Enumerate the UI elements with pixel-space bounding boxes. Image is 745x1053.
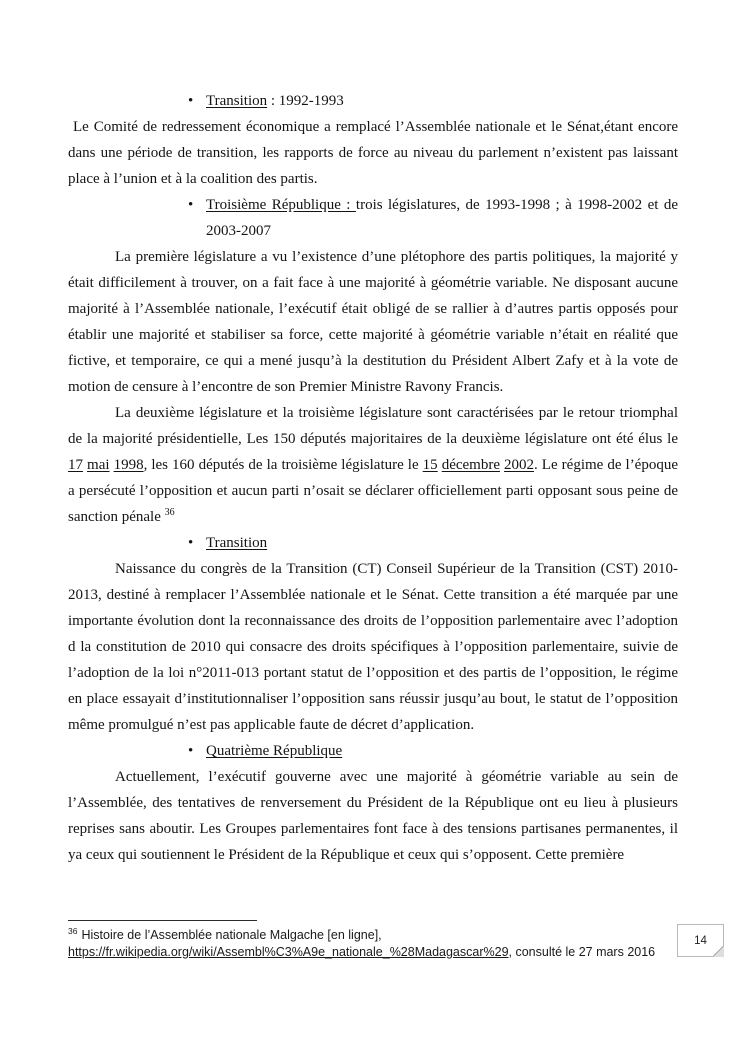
underlined-date: 17 — [68, 457, 83, 473]
bullet-lead-underlined: Troisième République : — [206, 197, 356, 213]
bullet-icon: • — [188, 738, 193, 764]
paragraph-deuxieme-troisieme-legislature: La deuxième législature et la troisième … — [68, 400, 678, 530]
bullet-item-transition: •Transition — [186, 530, 678, 556]
underlined-date: 2002 — [504, 457, 534, 473]
underlined-date: 15 — [423, 457, 438, 473]
bullet-rest: : 1992-1993 — [267, 93, 344, 109]
footnote: 36Histoire de l’Assemblée nationale Malg… — [68, 920, 680, 961]
footnote-reference-36: 36 — [165, 507, 175, 518]
bullet-item-transition-1992: •Transition : 1992-1993 — [186, 88, 678, 114]
text-run: La deuxième législature et la troisième … — [68, 405, 678, 447]
underlined-date: mai — [87, 457, 110, 473]
bullet-lead-underlined: Transition — [206, 535, 267, 551]
bullet-lead-underlined: Quatrième République — [206, 743, 342, 759]
footnote-link[interactable]: https://fr.wikipedia.org/wiki/Assembl%C3… — [68, 945, 509, 959]
page-number-box: 14 — [677, 924, 724, 957]
footnote-line-1: 36Histoire de l’Assemblée nationale Malg… — [68, 927, 680, 944]
paragraph-actuellement: Actuellement, l’exécutif gouverne avec u… — [68, 764, 678, 868]
footnote-suffix: , consulté le 27 mars 2016 — [509, 945, 656, 959]
bullet-item-quatrieme-republique: •Quatrième République — [186, 738, 678, 764]
document-body: •Transition : 1992-1993 Le Comité de red… — [68, 88, 678, 868]
paragraph-comite-redressement: Le Comité de redressement économique a r… — [68, 114, 678, 192]
footnote-line-2: https://fr.wikipedia.org/wiki/Assembl%C3… — [68, 944, 680, 961]
bullet-lead-underlined: Transition — [206, 93, 267, 109]
bullet-icon: • — [188, 192, 193, 218]
page-number: 14 — [694, 935, 707, 947]
underlined-date: 1998 — [114, 457, 144, 473]
paragraph-premiere-legislature: La première législature a vu l’existence… — [68, 244, 678, 400]
bullet-icon: • — [188, 88, 193, 114]
footnote-separator — [68, 920, 257, 921]
bullet-icon: • — [188, 530, 193, 556]
page-corner-fold-icon — [712, 945, 724, 957]
paragraph-naissance-congres: Naissance du congrès de la Transition (C… — [68, 556, 678, 738]
underlined-date: décembre — [442, 457, 500, 473]
text-run: , les 160 députés de la troisième législ… — [144, 457, 423, 473]
bullet-item-troisieme-republique: •Troisième République : trois législatur… — [186, 192, 678, 244]
document-page: •Transition : 1992-1993 Le Comité de red… — [0, 0, 745, 1053]
footnote-text: Histoire de l’Assemblée nationale Malgac… — [77, 928, 381, 942]
